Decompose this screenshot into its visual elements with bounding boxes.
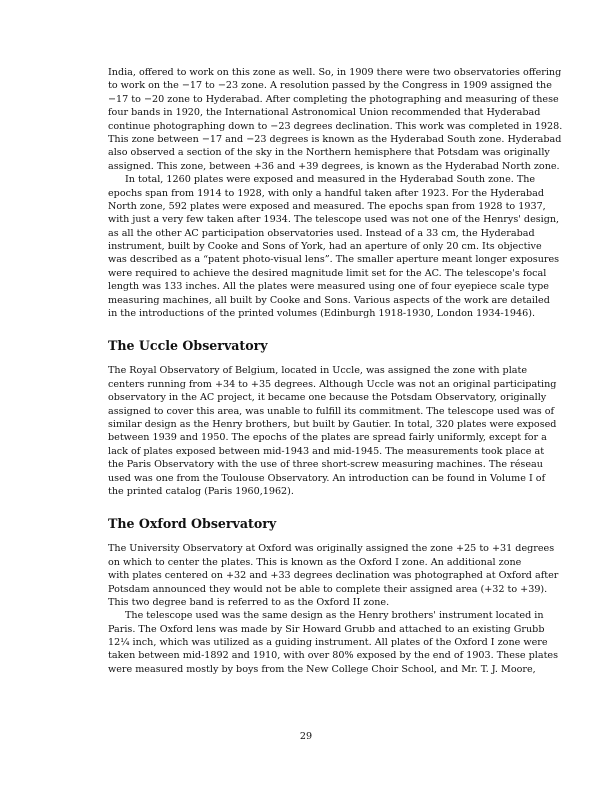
text-line: with plates centered on +32 and +33 degr…: [108, 569, 520, 582]
text-line: on which to center the plates. This is k…: [108, 556, 520, 569]
text-line: length was 133 inches. All the plates we…: [108, 280, 520, 293]
text-line: were required to achieve the desired mag…: [108, 267, 520, 280]
text-line: continue photographing down to −23 degre…: [108, 120, 520, 133]
text-line: the Paris Observatory with the use of th…: [108, 458, 520, 471]
text-line: four bands in 1920, the International As…: [108, 106, 520, 119]
text-line: also observed a section of the sky in th…: [108, 146, 520, 159]
text-line: assigned to cover this area, was unable …: [108, 405, 520, 418]
text-line: The telescope used was the same design a…: [108, 609, 520, 622]
text-line: North zone, 592 plates were exposed and …: [108, 200, 520, 213]
text-line: This zone between −17 and −23 degrees is…: [108, 133, 520, 146]
text-line: observatory in the AC project, it became…: [108, 391, 520, 404]
text-line: centers running from +34 to +35 degrees.…: [108, 378, 520, 391]
text-line: lack of plates exposed between mid-1943 …: [108, 445, 520, 458]
text-line: as all the other AC participation observ…: [108, 227, 520, 240]
text-line: assigned. This zone, between +36 and +39…: [108, 160, 520, 173]
text-line: used was one from the Toulouse Observato…: [108, 472, 520, 485]
text-line: This two degree band is referred to as t…: [108, 596, 520, 609]
section-heading-oxford: The Oxford Observatory: [108, 514, 520, 534]
text-line: instrument, built by Cooke and Sons of Y…: [108, 240, 520, 253]
text-line: In total, 1260 plates were exposed and m…: [108, 173, 520, 186]
oxford-telescope-paragraph: The telescope used was the same design a…: [108, 609, 520, 676]
text-line: The Royal Observatory of Belgium, locate…: [108, 364, 520, 377]
page-number: 29: [0, 731, 612, 742]
text-line: similar design as the Henry brothers, bu…: [108, 418, 520, 431]
text-line: −17 to −20 zone to Hyderabad. After comp…: [108, 93, 520, 106]
oxford-paragraph: The University Observatory at Oxford was…: [108, 542, 520, 609]
text-line: Paris. The Oxford lens was made by Sir H…: [108, 623, 520, 636]
text-line: the printed catalog (Paris 1960,1962).: [108, 485, 520, 498]
text-line: to work on the −17 to −23 zone. A resolu…: [108, 79, 520, 92]
section-heading-uccle: The Uccle Observatory: [108, 336, 520, 356]
text-line: were measured mostly by boys from the Ne…: [108, 663, 520, 676]
text-line: Potsdam announced they would not be able…: [108, 583, 520, 596]
text-line: in the introductions of the printed volu…: [108, 307, 520, 320]
text-line: measuring machines, all built by Cooke a…: [108, 294, 520, 307]
text-line: between 1939 and 1950. The epochs of the…: [108, 431, 520, 444]
text-line: with just a very few taken after 1934. T…: [108, 213, 520, 226]
uccle-paragraph: The Royal Observatory of Belgium, locate…: [108, 364, 520, 498]
text-line: India, offered to work on this zone as w…: [108, 66, 520, 79]
text-line: 12¼ inch, which was utilized as a guidin…: [108, 636, 520, 649]
text-line: epochs span from 1914 to 1928, with only…: [108, 187, 520, 200]
text-line: taken between mid-1892 and 1910, with ov…: [108, 649, 520, 662]
text-line: The University Observatory at Oxford was…: [108, 542, 520, 555]
hyderabad-totals-paragraph: In total, 1260 plates were exposed and m…: [108, 173, 520, 320]
text-line: was described as a “patent photo-visual …: [108, 253, 520, 266]
intro-paragraph: India, offered to work on this zone as w…: [108, 66, 520, 173]
document-page: India, offered to work on this zone as w…: [108, 66, 520, 676]
